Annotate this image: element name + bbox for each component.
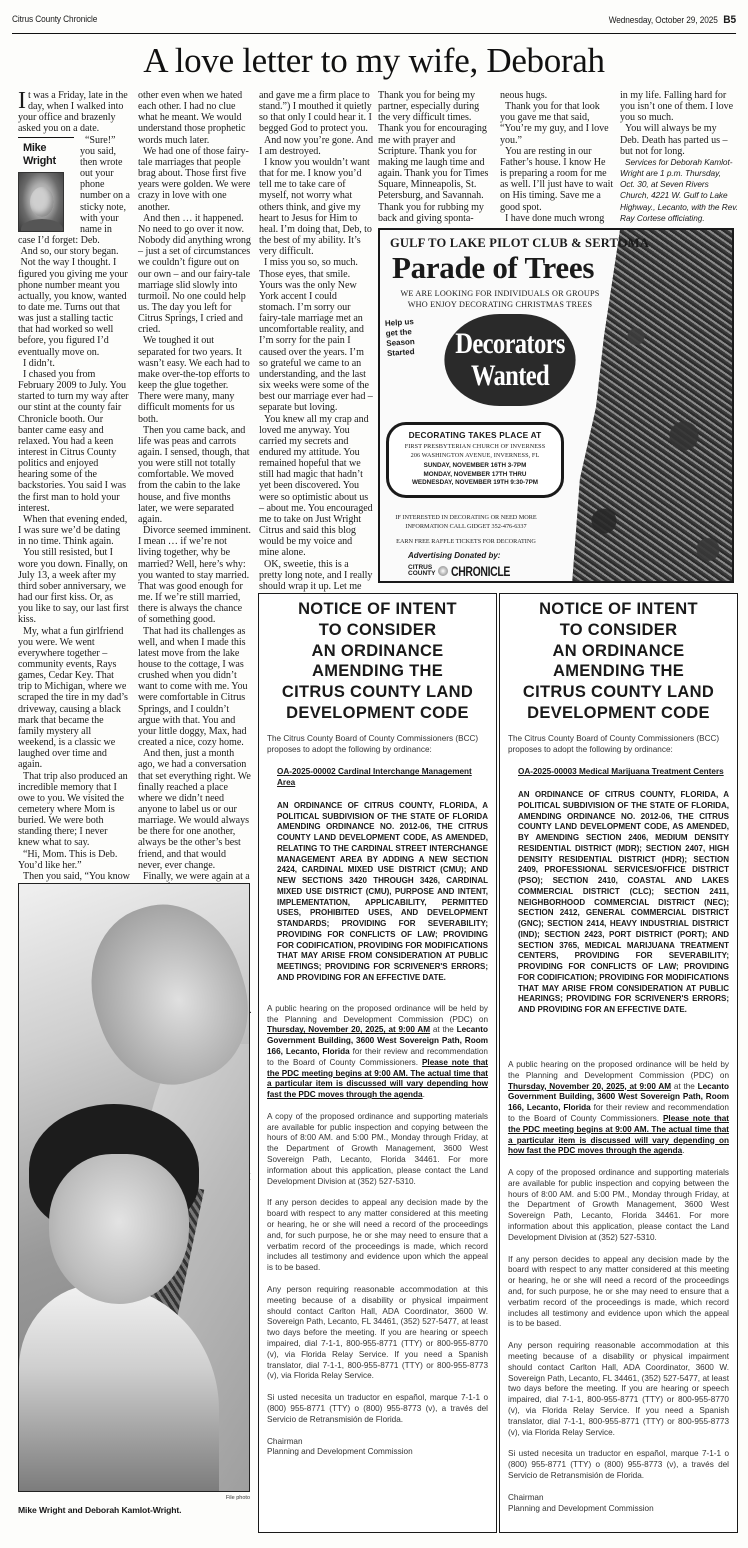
article-paragraph: Divorce seemed imminent. I mean … if we’… — [138, 525, 252, 625]
notice-title: NOTICE OF INTENT TO CONSIDER AN ORDINANC… — [267, 599, 488, 724]
article-headline: A love letter to my wife, Deborah — [0, 40, 748, 82]
notice-reference: OA-2025-00002 Cardinal Interchange Manag… — [277, 767, 488, 789]
notice-ada-info: Any person requiring reasonable accommod… — [508, 1341, 729, 1438]
ad-looking-for: WE ARE LOOKING FOR INDIVIDUALS OR GROUPS… — [390, 288, 610, 310]
article-paragraph: I chased you from February 2009 to July.… — [18, 369, 130, 514]
parade-of-trees-ad[interactable]: GULF TO LAKE PILOT CLUB & SERTOMA Parade… — [378, 228, 734, 583]
logo-globe-icon — [438, 566, 448, 576]
notice-appeal-info: If any person decides to appeal any deci… — [267, 1198, 488, 1274]
masthead-right: Wednesday, October 29, 2025 B5 — [609, 14, 736, 26]
article-column-5: neous hugs. Thank you for that look you … — [500, 90, 614, 224]
article-paragraph: My, what a fun girlfriend you were. We w… — [18, 626, 130, 771]
notice-appeal-info: If any person decides to appeal any deci… — [508, 1255, 729, 1331]
article-paragraph: I didn’t. — [18, 358, 130, 369]
notice-spanish-info: Si usted necesita un traductor en españo… — [267, 1393, 488, 1425]
ad-organization: GULF TO LAKE PILOT CLUB & SERTOMA — [390, 236, 649, 251]
article-paragraph: neous hugs. — [500, 90, 614, 101]
article-paragraph: You knew all my crap and loved me anyway… — [259, 414, 373, 559]
ad-location-box: DECORATING TAKES PLACE AT FIRST PRESBYTE… — [386, 422, 564, 498]
article-paragraph: You are resting in our Father’s house. I… — [500, 146, 614, 213]
notice-hearing: A public hearing on the proposed ordinan… — [267, 1004, 488, 1101]
issue-date: Wednesday, October 29, 2025 — [609, 15, 718, 25]
notice-intro: The Citrus County Board of County Commis… — [267, 734, 488, 756]
ad-raffle-text: EARN FREE RAFFLE TICKETS FOR DECORATING — [386, 538, 546, 545]
photo-credit: File photo — [200, 1495, 250, 1501]
article-column-4: Thank you for being my partner, especial… — [378, 90, 492, 224]
photo-caption: Mike Wright and Deborah Kamlot-Wright. — [18, 1505, 181, 1515]
ad-dates: SUNDAY, NOVEMBER 16TH 3-7PM MONDAY, NOVE… — [389, 462, 561, 488]
article-paragraph: And then, just a month ago, we had a con… — [138, 748, 252, 871]
ad-donated-by: Advertising Donated by: — [408, 551, 500, 560]
byline-first-name: Mike — [18, 142, 74, 155]
notice-hearing: A public hearing on the proposed ordinan… — [508, 1060, 729, 1157]
notice-ordinance-text: AN ORDINANCE OF CITRUS COUNTY, FLORIDA, … — [277, 801, 488, 984]
article-paragraph: I know you wouldn’t want that for me. I … — [259, 157, 373, 257]
notice-copy-info: A copy of the proposed ordinance and sup… — [267, 1112, 488, 1188]
notice-signature: Chairman Planning and Development Commis… — [508, 1493, 729, 1515]
ad-help-text: Help us get the Season Started — [385, 317, 417, 359]
article-column-3: and gave me a firm place to stand.”) I m… — [259, 90, 373, 614]
citrus-county-chronicle-logo: CITRUS COUNTY CHRONICLE — [408, 563, 530, 579]
masthead: Citrus County Chronicle Wednesday, Octob… — [12, 14, 736, 34]
legal-notice-cardinal-interchange: NOTICE OF INTENT TO CONSIDER AN ORDINANC… — [258, 593, 497, 1533]
byline-last-name: Wright — [18, 155, 74, 168]
publication-name: Citrus County Chronicle — [12, 14, 97, 24]
article-paragraph: You still resisted, but I wore you down.… — [18, 547, 130, 625]
ad-contact-info: IF INTERESTED IN DECORATING OR NEED MORE… — [386, 513, 546, 531]
article-paragraph: And now you’re gone. And I am destroyed. — [259, 135, 373, 157]
article-paragraph: We toughed it out separated for two year… — [138, 335, 252, 424]
article-paragraph: I miss you so, so much. Those eyes, that… — [259, 257, 373, 413]
notice-intro: The Citrus County Board of County Commis… — [508, 734, 729, 756]
notice-copy-info: A copy of the proposed ordinance and sup… — [508, 1168, 729, 1244]
article-paragraph: When that evening ended, I was sure we’d… — [18, 514, 130, 547]
article-paragraph: You will always be my Deb. Death has par… — [620, 123, 738, 156]
byline: Mike Wright — [18, 137, 74, 232]
article-paragraph: Mike Wright “Sure!” you said, then wrote… — [18, 135, 130, 358]
couple-photo-icon — [18, 883, 250, 1492]
article-paragraph: That trip also produced an incredible me… — [18, 771, 130, 849]
article-lead: It was a Friday, late in the day, when I… — [18, 90, 130, 135]
drop-cap: I — [18, 91, 26, 111]
article-paragraph: and gave me a firm place to stand.”) I m… — [259, 90, 373, 135]
article-paragraph: Thank you for that look you gave me that… — [500, 101, 614, 146]
notice-reference: OA-2025-00003 Medical Marijuana Treatmen… — [518, 767, 729, 778]
article-paragraph: Thank you for being my partner, especial… — [378, 90, 492, 224]
christmas-tree-image-icon — [572, 230, 732, 583]
article-paragraph: in my life. Falling hard for you isn’t o… — [620, 90, 738, 123]
article-paragraph: other even when we hated each other. I h… — [138, 90, 252, 146]
legal-notice-medical-marijuana: NOTICE OF INTENT TO CONSIDER AN ORDINANC… — [499, 593, 738, 1533]
article-paragraph: “Hi, Mom. This is Deb. You’d like her.” — [18, 849, 130, 871]
columnist-headshot-icon — [18, 172, 64, 232]
article-paragraph: That had its challenges as well, and whe… — [138, 626, 252, 749]
article-paragraph: We had one of those fairy-tale marriages… — [138, 146, 252, 213]
ad-title: Parade of Trees — [392, 250, 594, 286]
notice-ordinance-text: AN ORDINANCE OF CITRUS COUNTY, FLORIDA, … — [518, 790, 729, 1016]
notice-title: NOTICE OF INTENT TO CONSIDER AN ORDINANC… — [508, 599, 729, 724]
notice-signature: Chairman Planning and Development Commis… — [267, 1437, 488, 1459]
page-number: B5 — [723, 14, 736, 26]
article-paragraph: And then … it happened. No need to go ov… — [138, 213, 252, 336]
services-info: Services for Deborah Kamlot-Wright are 1… — [620, 157, 738, 224]
article-paragraph: Then you came back, and life was peas an… — [138, 425, 252, 525]
notice-spanish-info: Si usted necesita un traductor en españo… — [508, 1449, 729, 1481]
decorators-wanted-badge: Decorators Wanted — [444, 314, 575, 406]
article-paragraph: I have done much wrong — [500, 213, 614, 224]
notice-ada-info: Any person requiring reasonable accommod… — [267, 1285, 488, 1382]
article-column-6: in my life. Falling hard for you isn’t o… — [620, 90, 738, 224]
